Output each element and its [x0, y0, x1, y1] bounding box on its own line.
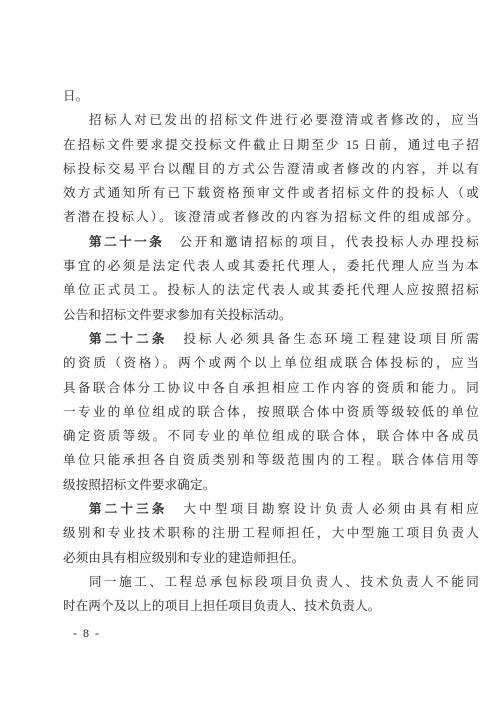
article-number: 第二十一条: [89, 235, 164, 249]
text-line: 第二十一条 公开和邀请招标的项目，代表投标人办理投标: [63, 230, 479, 254]
text-line: 确定资质等级。不同专业的单位组成的联合体，联合体中各成员: [63, 424, 479, 448]
text-line: 日。: [63, 84, 479, 108]
text-line: 招标人对已发出的招标文件进行必要澄清或者修改的，应当: [63, 108, 479, 132]
article-number: 第二十二条: [89, 332, 168, 346]
text-line: 效方式通知所有已下载资格预审文件或者招标文件的投标人（或: [63, 181, 479, 205]
text-line: 具备联合体分工协议中各自承担相应工作内容的资质和能力。同: [63, 376, 479, 400]
article-number: 第二十三条: [89, 502, 168, 516]
document-body: 日。招标人对已发出的招标文件进行必要澄清或者修改的，应当在招标文件要求提交投标文…: [63, 84, 479, 619]
text-line: 第二十二条 投标人必须具备生态环境工程建设项目所需: [63, 327, 479, 351]
text-line: 单位只能承担各自资质类别和等级范围内的工程。联合体信用等: [63, 448, 479, 472]
text-line: 标投标交易平台以醒目的方式公告澄清或者修改的内容，并以有: [63, 157, 479, 181]
text-line: 在招标文件要求提交投标文件截止日期至少 15 日前，通过电子招: [63, 133, 479, 157]
text-line: 时在两个及以上的项目上担任项目负责人、技术负责人。: [63, 594, 479, 618]
text-line: 的资质（资格）。两个或两个以上单位组成联合体投标的，应当: [63, 351, 479, 375]
document-page: 日。招标人对已发出的招标文件进行必要澄清或者修改的，应当在招标文件要求提交投标文…: [0, 0, 500, 707]
text-line: 第二十三条 大中型项目勘察设计负责人必须由具有相应: [63, 497, 479, 521]
text-line: 公告和招标文件要求参加有关投标活动。: [63, 303, 479, 327]
page-number: - 8 -: [73, 626, 101, 641]
text-line: 同一施工、工程总承包标段项目负责人、技术负责人不能同: [63, 570, 479, 594]
text-line: 者潜在投标人）。该澄清或者修改的内容为招标文件的组成部分。: [63, 205, 479, 229]
text-line: 事宜的必须是法定代表人或其委托代理人，委托代理人应当为本: [63, 254, 479, 278]
text-line: 级别和专业技术职称的注册工程师担任，大中型施工项目负责人: [63, 521, 479, 545]
text-line: 单位正式员工。投标人的法定代表人或其委托代理人应按照招标: [63, 278, 479, 302]
text-line: 级按照招标文件要求确定。: [63, 473, 479, 497]
text-line: 一专业的单位组成的联合体，按照联合体中资质等级较低的单位: [63, 400, 479, 424]
text-line: 必须由具有相应级别和专业的建造师担任。: [63, 546, 479, 570]
